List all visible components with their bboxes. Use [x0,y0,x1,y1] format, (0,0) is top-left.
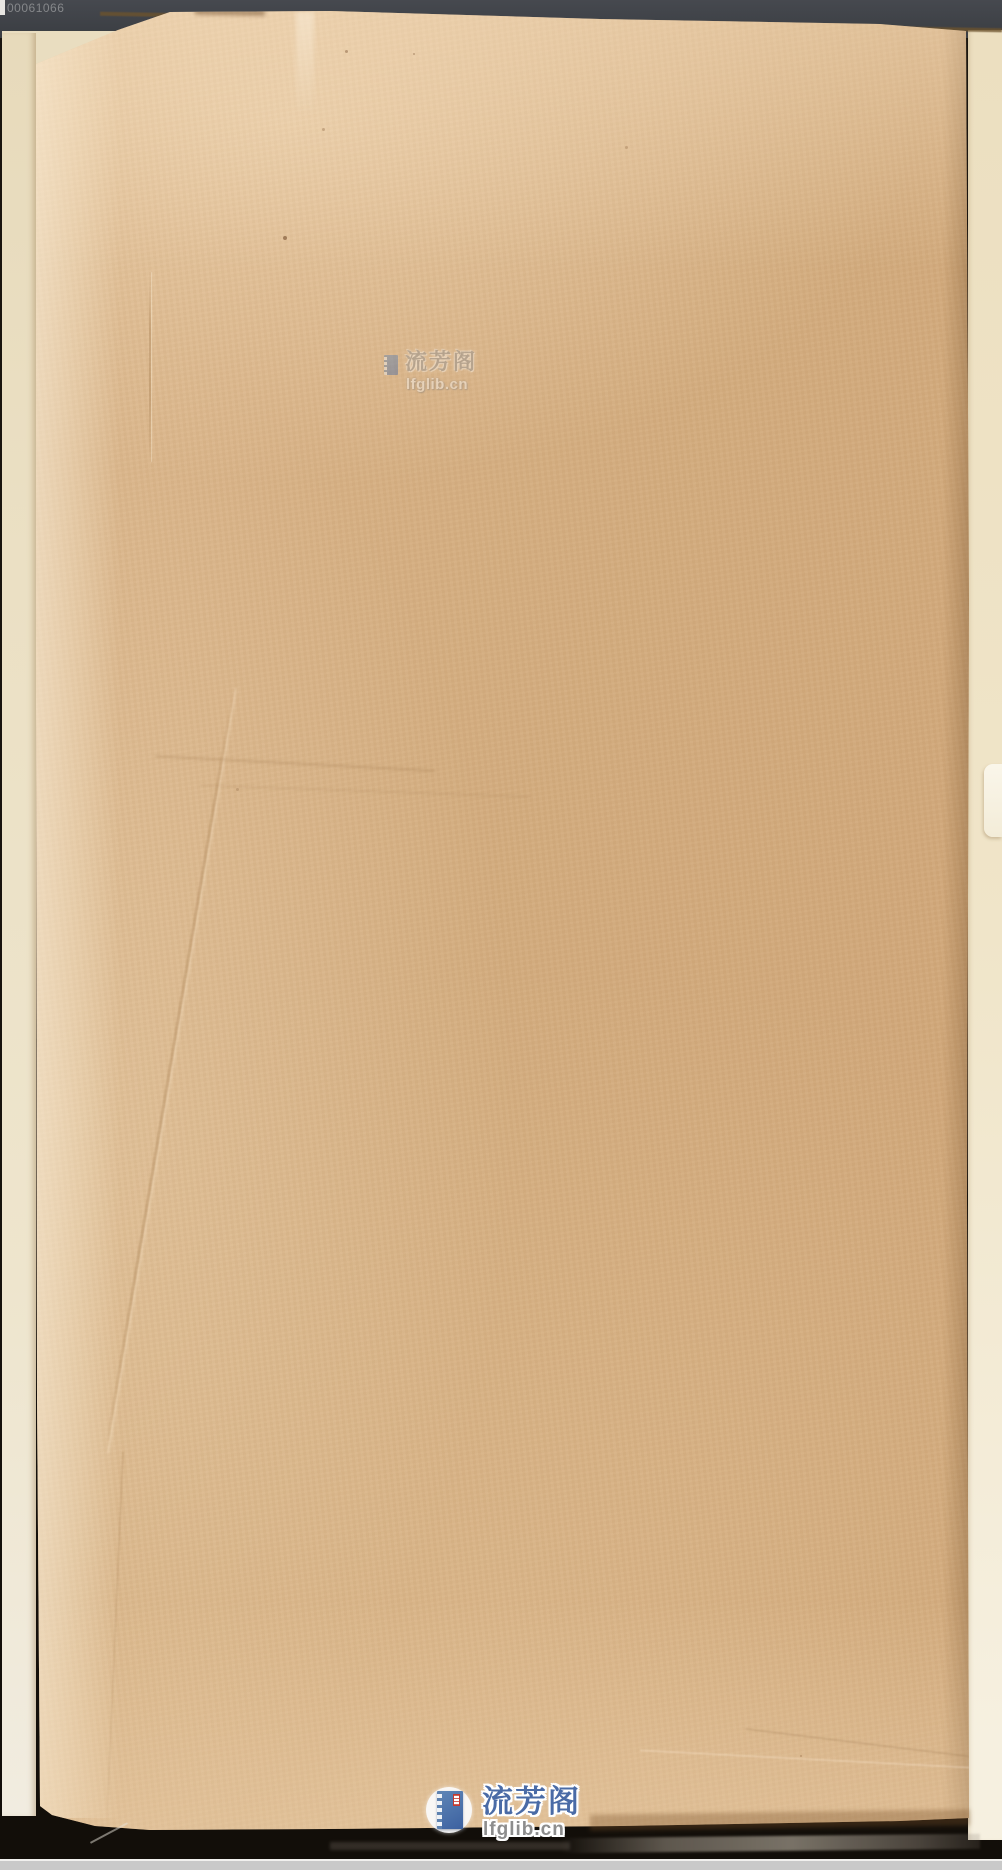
scanner-bed-strip [0,1859,1002,1870]
watermark-site-domain: lfglib.cn [406,376,468,393]
scanned-book-page: 00061066 流芳阁 lfglib.cn [0,0,1002,1870]
crease-top-vertical [296,12,314,117]
watermark-site-name: 流芳阁 [405,349,477,375]
underpage-left-edge [2,33,36,1816]
page-clip-tab [984,764,1002,837]
page-right-shadow [942,26,969,1826]
paper-speck [236,788,239,791]
kraft-paper-page: 流芳阁 lfglib.cn [0,0,1002,1870]
watermark-bottom: 流芳阁 lfglib.cn [426,1785,646,1845]
scan-id-label: 00061066 [7,1,64,15]
watermark-site-domain: lfglib.cn [483,1819,565,1841]
paper-speck [345,50,348,53]
book-logo-icon [437,1791,463,1829]
watermark-logo-badge [426,1787,472,1833]
paper-speck [800,1755,802,1757]
watermark-site-name: 流芳阁 [482,1786,581,1819]
page-top-highlight [36,8,969,268]
book-icon [384,355,398,375]
underpage-right-edge [968,30,1002,1840]
paper-speck [283,236,287,240]
page-left-highlight [36,28,120,1818]
scanner-corner-sliver [0,0,5,15]
paper-speck [625,146,628,149]
watermark-center: 流芳阁 lfglib.cn [384,349,514,403]
red-seal-icon [453,1794,460,1806]
crease-left-vertical [149,272,151,462]
paper-speck [322,128,325,131]
paper-speck [413,53,415,55]
